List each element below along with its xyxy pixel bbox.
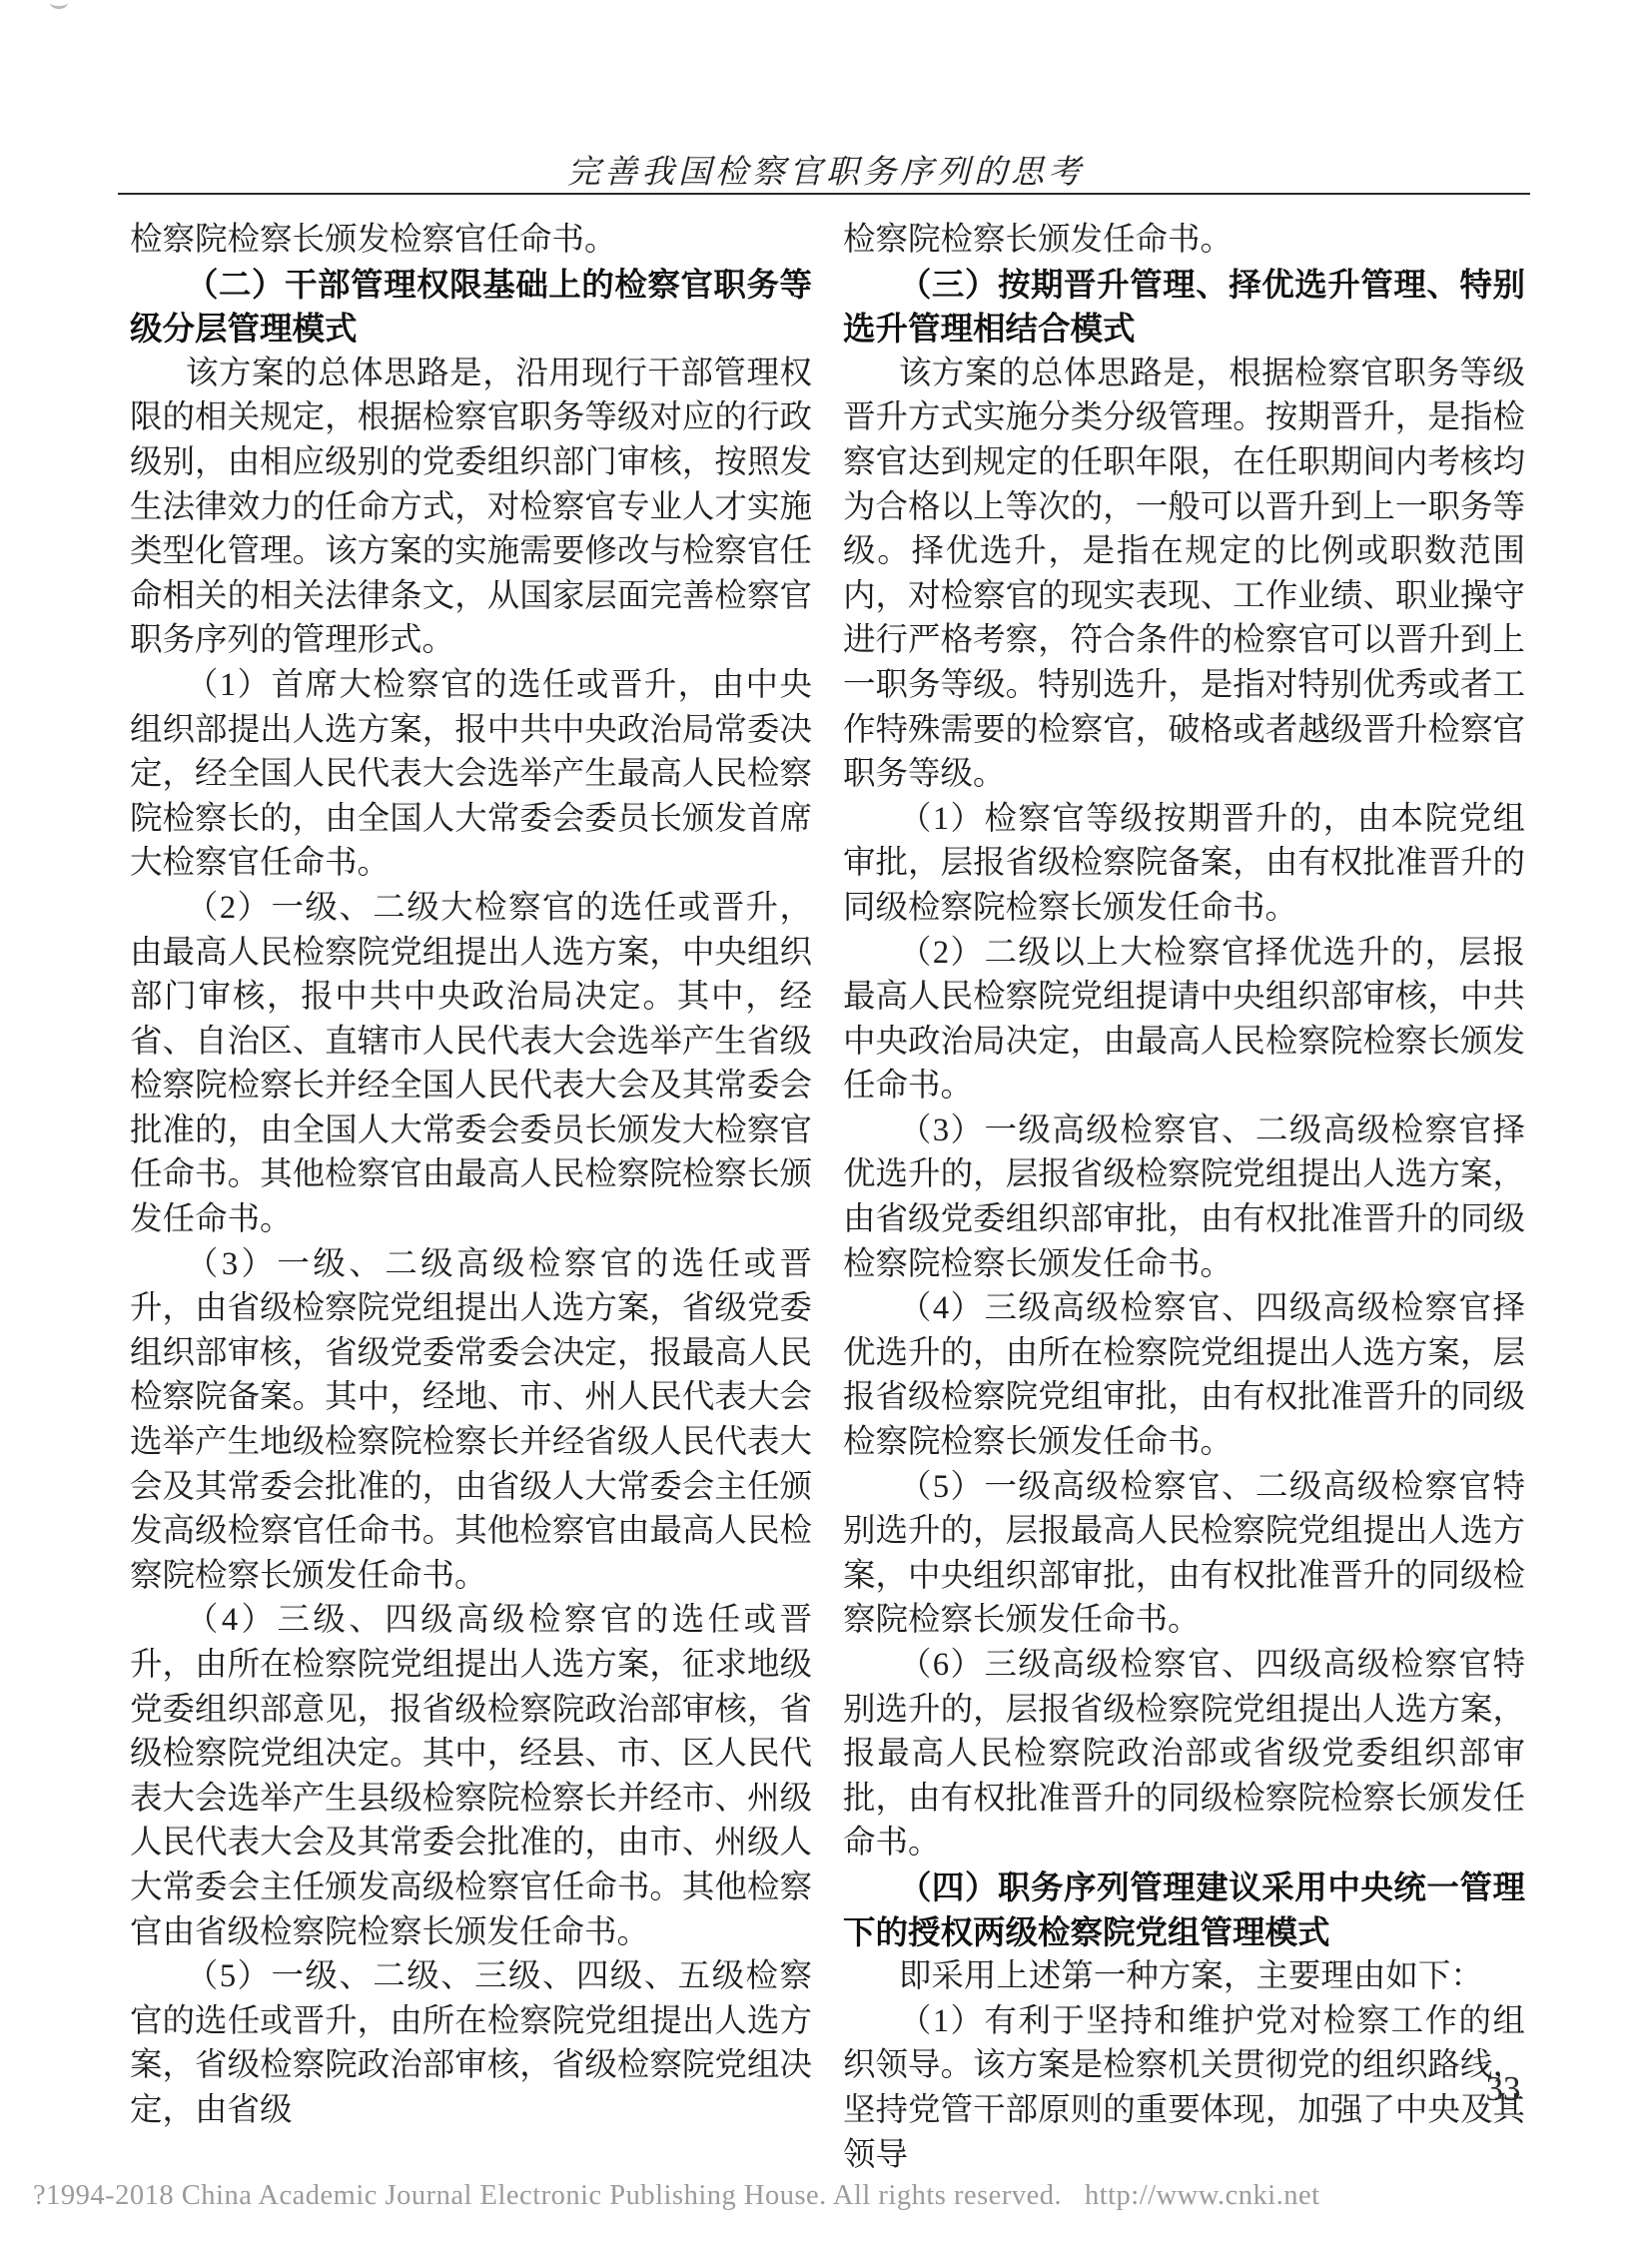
paragraph: （5）一级、二级、三级、四级、五级检察官的选任或晋升，由所在检察院党组提出人选方… (130, 1954, 812, 2132)
article-columns: 检察院检察长颁发检察官任命书。（二）干部管理权限基础上的检察官职务等级分层管理模… (130, 218, 1526, 2177)
paragraph: （1）有利于坚持和维护党对检察工作的组织领导。该方案是检察机关贯彻党的组织路线，… (843, 1999, 1525, 2177)
copyright-footer: ?1994-2018 China Academic Journal Electr… (33, 2180, 1320, 2212)
page-number: 33 (1468, 2069, 1538, 2109)
paragraph: （5）一级高级检察官、二级高级检察官特别选升的，层报最高人民检察院党组提出人选方… (843, 1465, 1525, 1643)
section-heading: （四）职务序列管理建议采用中央统一管理下的授权两级检察院党组管理模式 (843, 1866, 1525, 1954)
left-column: 检察院检察长颁发检察官任命书。（二）干部管理权限基础上的检察官职务等级分层管理模… (130, 218, 812, 2177)
scan-artifact (50, 0, 68, 9)
section-heading: （二）干部管理权限基础上的检察官职务等级分层管理模式 (130, 263, 812, 352)
running-title: 完善我国检察官职务序列的思考 (0, 146, 1652, 193)
paragraph: 即采用上述第一种方案，主要理由如下： (843, 1954, 1525, 1999)
right-column: 检察院检察长颁发任命书。（三）按期晋升管理、择优选升管理、特别选升管理相结合模式… (843, 218, 1525, 2177)
paragraph: （6）三级高级检察官、四级高级检察官特别选升的，层报省级检察院党组提出人选方案，… (843, 1643, 1525, 1866)
paragraph: 检察院检察长颁发检察官任命书。 (130, 218, 812, 263)
paragraph: （4）三级、四级高级检察官的选任或晋升，由所在检察院党组提出人选方案，征求地级党… (130, 1598, 812, 1954)
paragraph: （2）二级以上大检察官择优选升的，层报最高人民检察院党组提请中央组织部审核，中共… (843, 931, 1525, 1109)
section-heading: （三）按期晋升管理、择优选升管理、特别选升管理相结合模式 (843, 263, 1525, 352)
paragraph: 该方案的总体思路是，根据检察官职务等级晋升方式实施分类分级管理。按期晋升，是指检… (843, 352, 1525, 797)
paragraph: 该方案的总体思路是，沿用现行干部管理权限的相关规定，根据检察官职务等级对应的行政… (130, 352, 812, 663)
header-rule (118, 193, 1530, 195)
paragraph: 检察院检察长颁发任命书。 (843, 218, 1525, 263)
paragraph: （1）检察官等级按期晋升的，由本院党组审批，层报省级检察院备案，由有权批准晋升的… (843, 797, 1525, 931)
paragraph: （2）一级、二级大检察官的选任或晋升，由最高人民检察院党组提出人选方案，中央组织… (130, 886, 812, 1242)
paragraph: （3）一级高级检察官、二级高级检察官择优选升的，层报省级检察院党组提出人选方案，… (843, 1109, 1525, 1286)
paragraph: （1）首席大检察官的选任或晋升，由中央组织部提出人选方案，报中共中央政治局常委决… (130, 663, 812, 886)
document-page: 完善我国检察官职务序列的思考 检察院检察长颁发检察官任命书。（二）干部管理权限基… (0, 0, 1652, 2242)
paragraph: （4）三级高级检察官、四级高级检察官择优选升的，由所在检察院党组提出人选方案，层… (843, 1286, 1525, 1464)
paragraph: （3）一级、二级高级检察官的选任或晋升，由省级检察院党组提出人选方案，省级党委组… (130, 1242, 812, 1599)
